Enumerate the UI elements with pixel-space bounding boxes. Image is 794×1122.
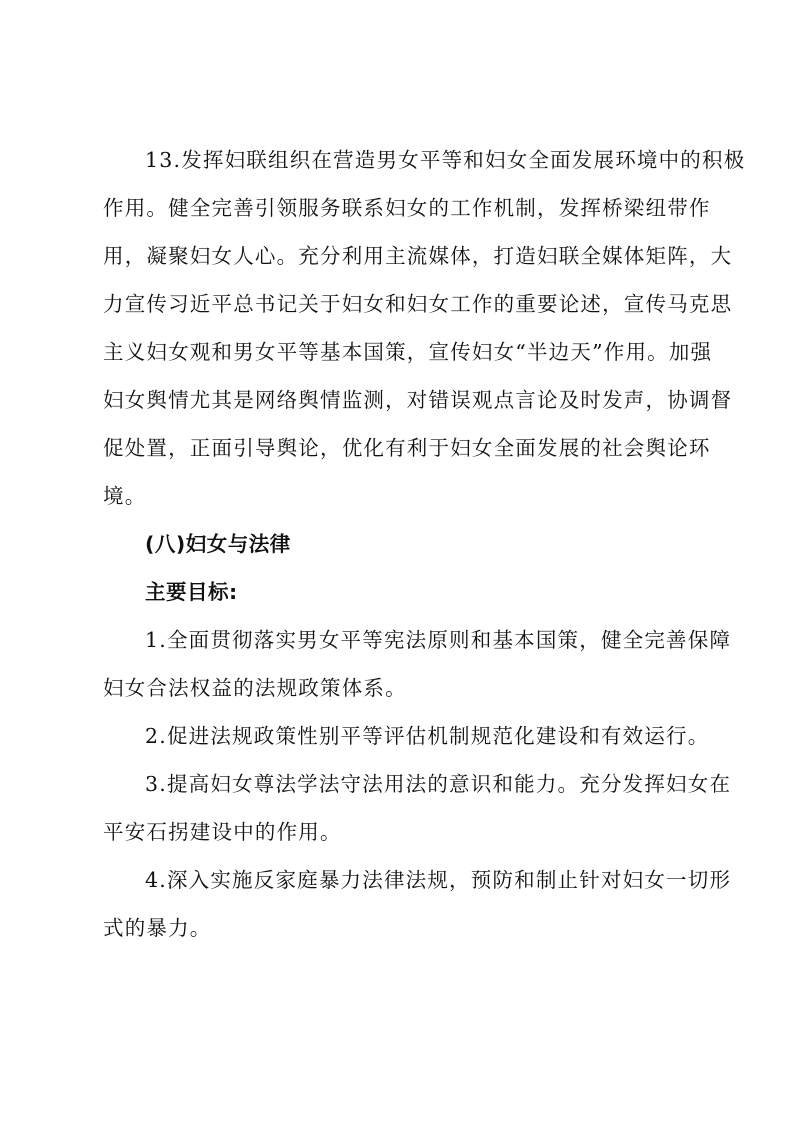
para13-line: 主义妇女观和男女平等基本国策，宣传妇女“半边天”作用。加强 xyxy=(103,337,697,367)
goal-3-line: 平安石拐建设中的作用。 xyxy=(103,817,697,847)
para13-line: 作用。健全完善引领服务联系妇女的工作机制，发挥桥梁纽带作 xyxy=(103,193,697,223)
para13-line: 13.发挥妇联组织在营造男女平等和妇女全面发展环境中的积极 xyxy=(145,145,697,175)
para13-line: 力宣传习近平总书记关于妇女和妇女工作的重要论述，宣传马克思 xyxy=(103,289,697,319)
document-page: 13.发挥妇联组织在营造男女平等和妇女全面发展环境中的积极 作用。健全完善引领服… xyxy=(0,0,794,1122)
goal-4-line: 式的暴力。 xyxy=(103,913,697,943)
para13-line: 妇女舆情尤其是网络舆情监测，对错误观点言论及时发声，协调督 xyxy=(103,385,697,415)
goal-1-line: 1.全面贯彻落实男女平等宪法原则和基本国策，健全完善保障 xyxy=(145,625,697,655)
section-heading: (八)妇女与法律 xyxy=(145,529,697,559)
goals-heading: 主要目标: xyxy=(145,577,697,607)
para13-line: 境。 xyxy=(103,481,697,511)
para13-line: 用，凝聚妇女人心。充分利用主流媒体，打造妇联全媒体矩阵，大 xyxy=(103,241,697,271)
goal-1-line: 妇女合法权益的法规政策体系。 xyxy=(103,673,697,703)
goal-4-line: 4.深入实施反家庭暴力法律法规，预防和制止针对妇女一切形 xyxy=(145,865,697,895)
goal-2-line: 2.促进法规政策性别平等评估机制规范化建设和有效运行。 xyxy=(145,721,697,751)
goal-3-line: 3.提高妇女尊法学法守法用法的意识和能力。充分发挥妇女在 xyxy=(145,769,697,799)
para13-line: 促处置，正面引导舆论，优化有利于妇女全面发展的社会舆论环 xyxy=(103,433,697,463)
